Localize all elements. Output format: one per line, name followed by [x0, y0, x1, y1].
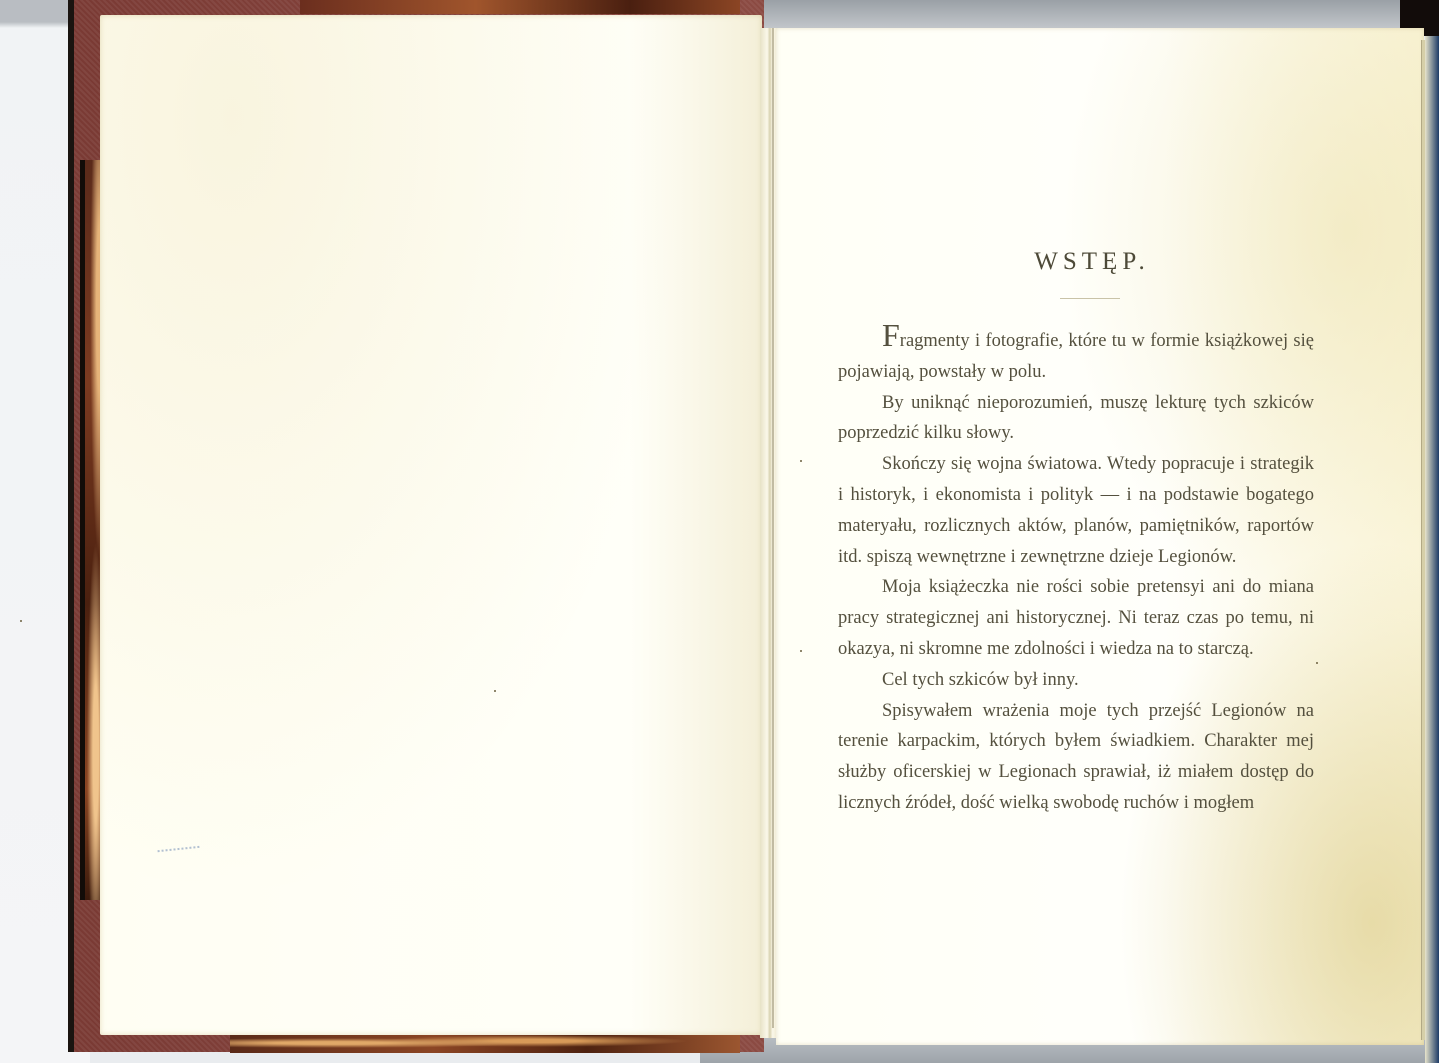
marbled-edge-bottom: [230, 1033, 740, 1053]
paragraph-4: Moja książeczka nie rości sobie pretensy…: [838, 572, 1314, 664]
heading-rule: [1060, 298, 1120, 299]
paper-speck: [1316, 662, 1318, 664]
paragraph-2: By uniknąć nieporozumień, muszę lekturę …: [838, 388, 1314, 450]
paper-speck: [800, 460, 802, 462]
left-page-blank: [100, 15, 762, 1035]
paragraph-3: Skończy się wojna światowa. Wtedy poprac…: [838, 449, 1314, 572]
paragraph-6: Spisywałem wrażenia moje tych przejść Le…: [838, 696, 1314, 819]
gutter-fold-line: [772, 28, 774, 1028]
drop-cap: F: [882, 317, 900, 353]
paper-speck: [20, 620, 22, 622]
scan-edge-shadow: [1425, 36, 1439, 1063]
paper-speck: [494, 690, 496, 692]
chapter-heading: WSTĘP.: [870, 248, 1314, 278]
marbled-edge-top: [300, 0, 740, 14]
paragraph-5: Cel tych szkiców był inny.: [838, 665, 1314, 696]
introduction-text: WSTĘP. Fragmenty i fotografie, które tu …: [838, 248, 1314, 819]
paragraph-1: Fragmenty i fotografie, które tu w formi…: [838, 325, 1314, 388]
paper-speck: [800, 650, 802, 652]
